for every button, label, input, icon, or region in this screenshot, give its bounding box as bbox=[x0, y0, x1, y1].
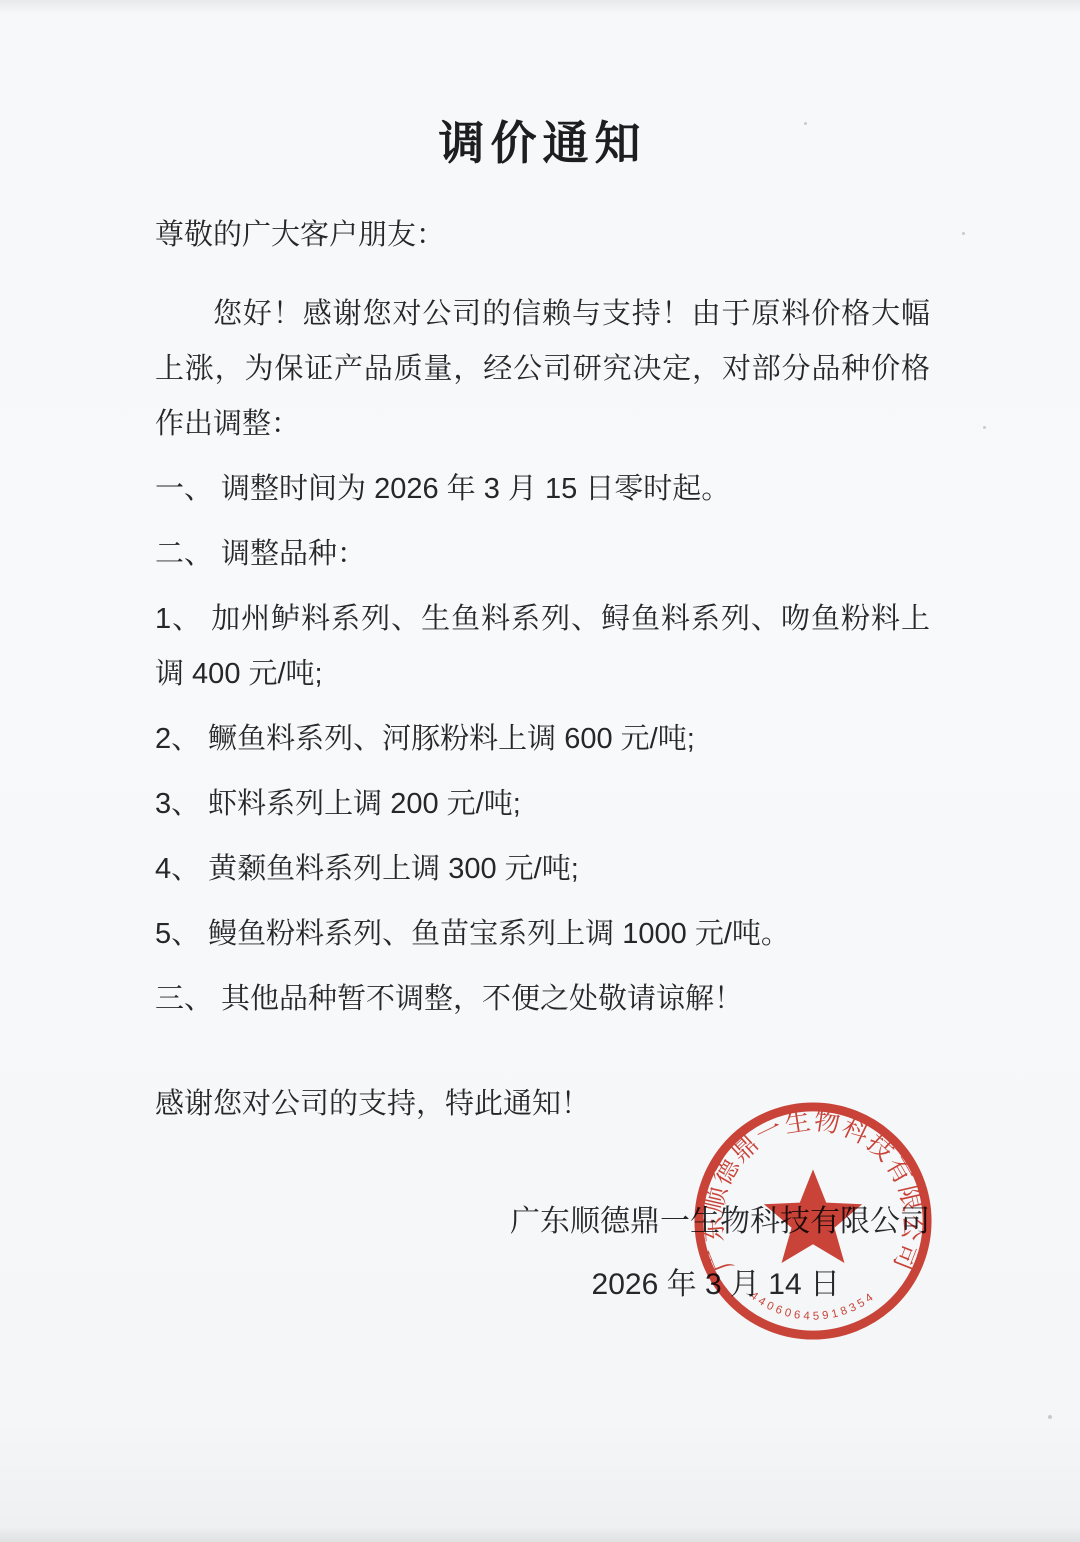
signature-date: 2026 年 3 月 14 日 bbox=[155, 1257, 930, 1312]
price-item: 2、 鳜鱼料系列、河豚粉料上调 600 元/吨; bbox=[155, 712, 930, 767]
price-item: 3、 虾料系列上调 200 元/吨; bbox=[155, 777, 930, 832]
point-two: 二、 调整品种： bbox=[155, 527, 930, 582]
price-item: 1、 加州鲈料系列、生鱼料系列、鲟鱼料系列、吻鱼粉料上调 400 元/吨; bbox=[155, 592, 930, 702]
intro-paragraph: 您好！感谢您对公司的信赖与支持！由于原料价格大幅上涨，为保证产品质量，经公司研究… bbox=[155, 287, 930, 452]
price-item: 4、 黄颡鱼料系列上调 300 元/吨; bbox=[155, 842, 930, 897]
scan-speck bbox=[1048, 1415, 1052, 1419]
scanned-notice-page: 调价通知 尊敬的广大客户朋友： 您好！感谢您对公司的信赖与支持！由于原料价格大幅… bbox=[0, 0, 1080, 1542]
notice-title: 调价通知 bbox=[155, 0, 930, 174]
notice-body: 调价通知 尊敬的广大客户朋友： 您好！感谢您对公司的信赖与支持！由于原料价格大幅… bbox=[0, 0, 1080, 1312]
closing-line: 感谢您对公司的支持，特此通知！ bbox=[155, 1077, 930, 1132]
price-item: 5、 鳗鱼粉料系列、鱼苗宝系列上调 1000 元/吨。 bbox=[155, 907, 930, 962]
point-three: 三、 其他品种暂不调整，不便之处敬请谅解！ bbox=[155, 972, 930, 1027]
signature-company: 广东顺德鼎一生物科技有限公司 bbox=[155, 1194, 930, 1249]
point-one: 一、 调整时间为 2026 年 3 月 15 日零时起。 bbox=[155, 462, 930, 517]
greeting-line: 尊敬的广大客户朋友： bbox=[155, 208, 930, 263]
